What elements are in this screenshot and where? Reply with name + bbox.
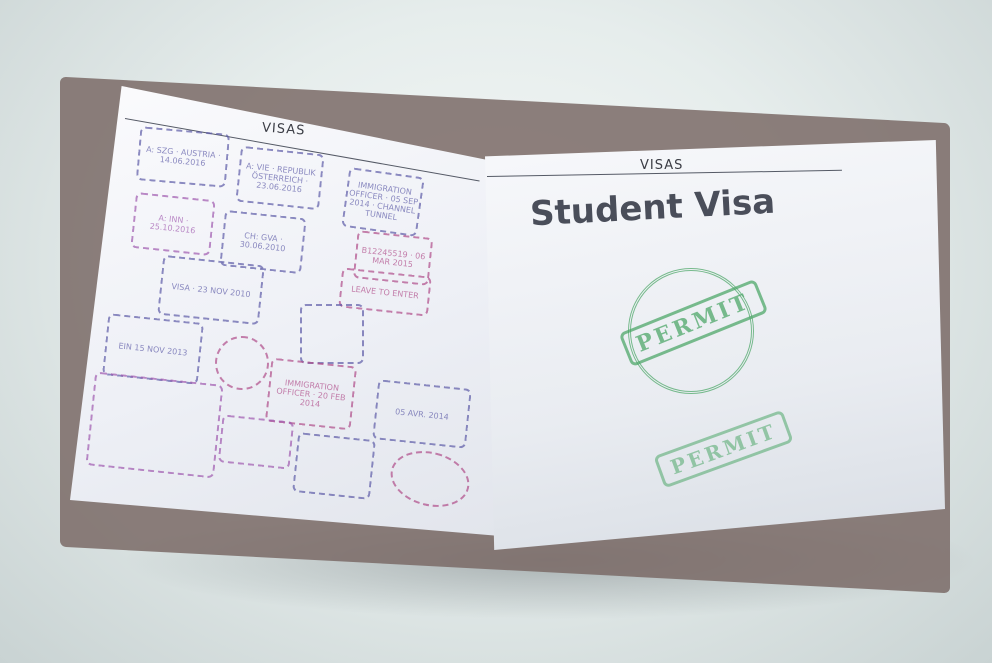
visa-stamp [218, 414, 295, 469]
right-page-header: VISAS [640, 158, 683, 173]
visa-stamp [85, 372, 223, 479]
visa-stamp [300, 304, 364, 364]
visa-stamp: VISA · 23 NOV 2010 [157, 255, 265, 325]
visa-stamp: A: VIE · REPUBLIK ÖSTERREICH · 23.06.201… [235, 146, 324, 210]
visa-stamp: A: INN · 25.10.2016 [130, 192, 215, 256]
visa-stamp: 05 AVR. 2014 [372, 379, 472, 448]
left-page-header: VISAS [262, 121, 306, 139]
visa-stamp: A: SZG · AUSTRIA · 14.06.2016 [136, 126, 230, 188]
visa-stamp [215, 336, 269, 390]
visa-stamp: IMMIGRATION OFFICER · 05 SEP 2014 · CHAN… [341, 167, 425, 237]
visa-stamp [292, 432, 376, 500]
